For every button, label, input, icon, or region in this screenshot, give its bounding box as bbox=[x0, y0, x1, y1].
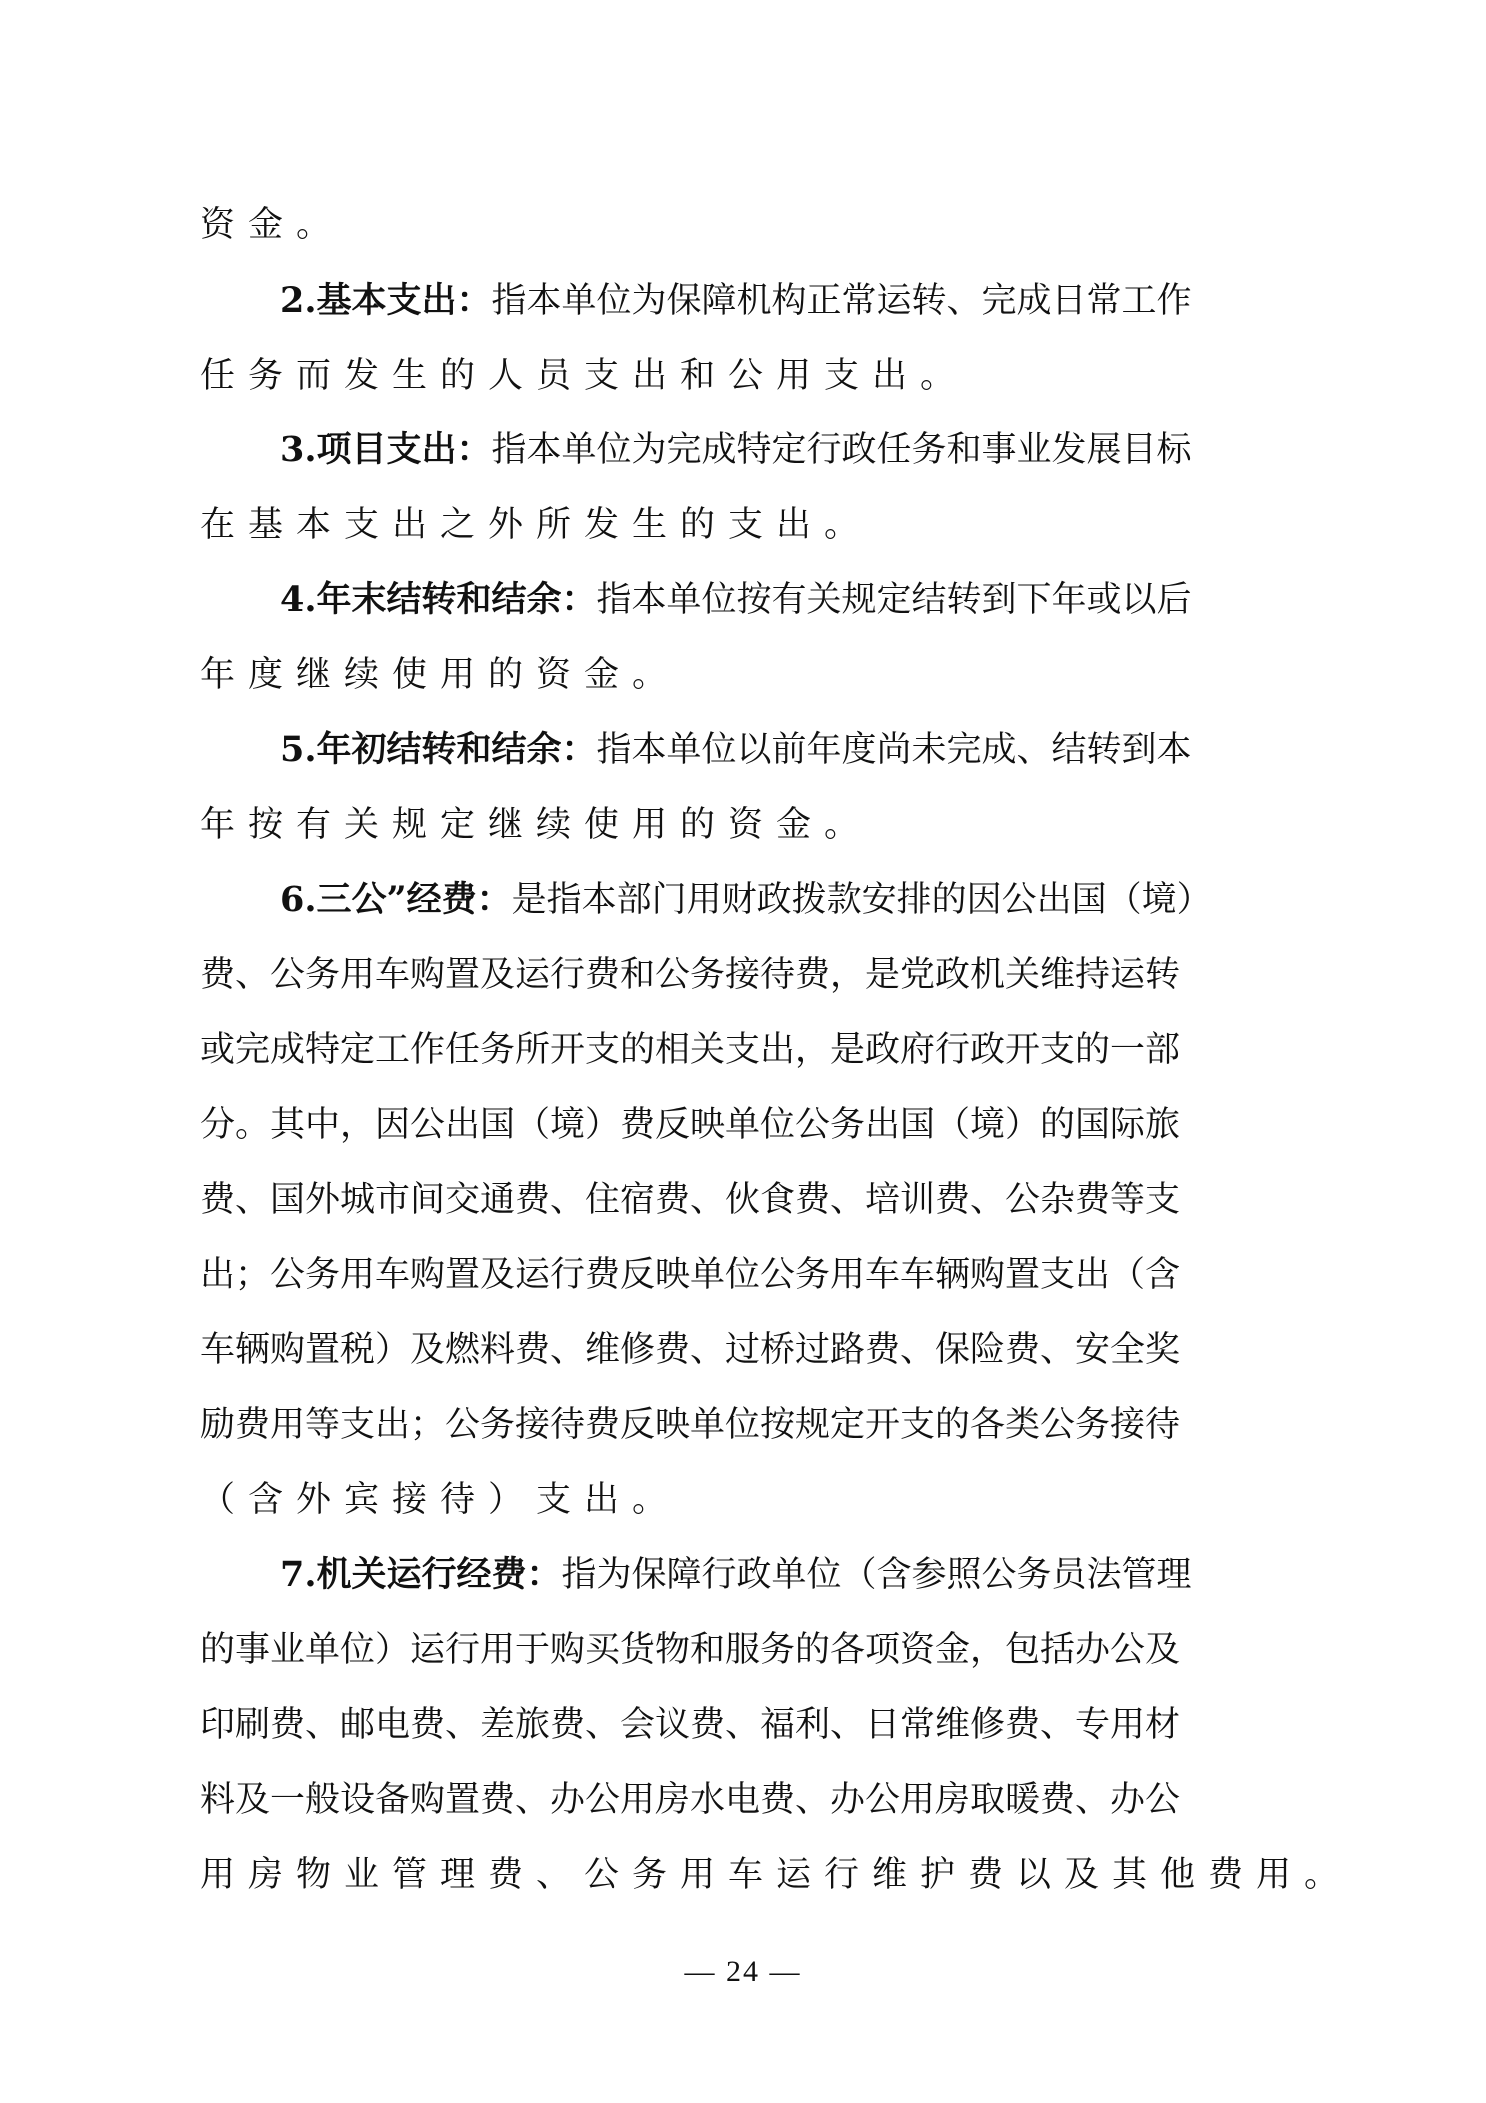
line-text: 指为保障行政单位（含参照公务员法管理 bbox=[562, 1555, 1192, 1595]
definition-term: 6.三公”经费： bbox=[280, 879, 512, 920]
paragraph-line: 费、国外城市间交通费、住宿费、伙食费、培训费、公杂费等支 bbox=[200, 1175, 1297, 1225]
line-text: 或完成特定工作任务所开支的相关支出，是政府行政开支的一部 bbox=[200, 1030, 1180, 1070]
line-text: 指本单位为完成特定行政任务和事业发展目标 bbox=[492, 430, 1192, 470]
line-text: 在基本支出之外所发生的支出。 bbox=[200, 505, 872, 545]
paragraph-line: 的事业单位）运行用于购买货物和服务的各项资金，包括办公及 bbox=[200, 1625, 1297, 1675]
paragraph-line: 年度继续使用的资金。 bbox=[200, 650, 1297, 700]
paragraph-line: （含外宾接待）支出。 bbox=[200, 1475, 1297, 1525]
definition-term: 3.项目支出： bbox=[280, 429, 492, 470]
definition-term: 5.年初结转和结余： bbox=[280, 729, 597, 770]
line-text: 出；公务用车购置及运行费反映单位公务用车车辆购置支出（含 bbox=[200, 1255, 1180, 1295]
paragraph-line: 资金。 bbox=[200, 200, 1297, 250]
definition-heading-line: 4.年末结转和结余：指本单位按有关规定结转到下年或以后 bbox=[280, 575, 1297, 625]
definition-heading-line: 6.三公”经费：是指本部门用财政拨款安排的因公出国（境） bbox=[280, 875, 1297, 925]
paragraph-line: 印刷费、邮电费、差旅费、会议费、福利、日常维修费、专用材 bbox=[200, 1700, 1297, 1750]
line-text: 费、国外城市间交通费、住宿费、伙食费、培训费、公杂费等支 bbox=[200, 1180, 1180, 1220]
paragraph-line: 用房物业管理费、公务用车运行维护费以及其他费用。 bbox=[200, 1850, 1297, 1900]
paragraph-line: 料及一般设备购置费、办公用房水电费、办公用房取暖费、办公 bbox=[200, 1775, 1297, 1825]
definition-heading-line: 2.基本支出：指本单位为保障机构正常运转、完成日常工作 bbox=[280, 276, 1297, 326]
line-text: 指本单位以前年度尚未完成、结转到本 bbox=[597, 730, 1192, 770]
line-text: 年按有关规定继续使用的资金。 bbox=[200, 805, 872, 845]
line-text: 费、公务用车购置及运行费和公务接待费，是党政机关维持运转 bbox=[200, 955, 1180, 995]
definition-heading-line: 7.机关运行经费：指为保障行政单位（含参照公务员法管理 bbox=[280, 1550, 1297, 1600]
paragraph-line: 车辆购置税）及燃料费、维修费、过桥过路费、保险费、安全奖 bbox=[200, 1325, 1297, 1375]
definition-heading-line: 3.项目支出：指本单位为完成特定行政任务和事业发展目标 bbox=[280, 425, 1297, 475]
line-text: 料及一般设备购置费、办公用房水电费、办公用房取暖费、办公 bbox=[200, 1780, 1180, 1820]
paragraph-line: 任务而发生的人员支出和公用支出。 bbox=[200, 351, 1297, 401]
document-page: 资金。2.基本支出：指本单位为保障机构正常运转、完成日常工作任务而发生的人员支出… bbox=[0, 0, 1486, 2103]
definition-term: 2.基本支出： bbox=[280, 280, 492, 321]
paragraph-line: 出；公务用车购置及运行费反映单位公务用车车辆购置支出（含 bbox=[200, 1250, 1297, 1300]
paragraph-line: 在基本支出之外所发生的支出。 bbox=[200, 500, 1297, 550]
line-text: 任务而发生的人员支出和公用支出。 bbox=[200, 356, 968, 396]
line-text: 的事业单位）运行用于购买货物和服务的各项资金，包括办公及 bbox=[200, 1630, 1180, 1670]
line-text: 车辆购置税）及燃料费、维修费、过桥过路费、保险费、安全奖 bbox=[200, 1330, 1180, 1370]
definition-heading-line: 5.年初结转和结余：指本单位以前年度尚未完成、结转到本 bbox=[280, 725, 1297, 775]
line-text: 年度继续使用的资金。 bbox=[200, 655, 680, 695]
definition-term: 7.机关运行经费： bbox=[280, 1554, 562, 1595]
paragraph-line: 费、公务用车购置及运行费和公务接待费，是党政机关维持运转 bbox=[200, 950, 1297, 1000]
paragraph-line: 年按有关规定继续使用的资金。 bbox=[200, 800, 1297, 850]
line-text: 分。其中，因公出国（境）费反映单位公务出国（境）的国际旅 bbox=[200, 1105, 1180, 1145]
paragraph-line: 分。其中，因公出国（境）费反映单位公务出国（境）的国际旅 bbox=[200, 1100, 1297, 1150]
line-text: 指本单位按有关规定结转到下年或以后 bbox=[597, 580, 1192, 620]
line-text: 是指本部门用财政拨款安排的因公出国（境） bbox=[512, 880, 1212, 920]
definition-term: 4.年末结转和结余： bbox=[280, 579, 597, 620]
line-text: 励费用等支出；公务接待费反映单位按规定开支的各类公务接待 bbox=[200, 1405, 1180, 1445]
line-text: 用房物业管理费、公务用车运行维护费以及其他费用。 bbox=[200, 1855, 1352, 1895]
page-number: — 24 — bbox=[0, 1955, 1486, 1989]
line-text: 印刷费、邮电费、差旅费、会议费、福利、日常维修费、专用材 bbox=[200, 1705, 1180, 1745]
line-text: 指本单位为保障机构正常运转、完成日常工作 bbox=[492, 281, 1192, 321]
line-text: （含外宾接待）支出。 bbox=[200, 1480, 680, 1520]
paragraph-line: 或完成特定工作任务所开支的相关支出，是政府行政开支的一部 bbox=[200, 1025, 1297, 1075]
line-text: 资金。 bbox=[200, 205, 344, 245]
paragraph-line: 励费用等支出；公务接待费反映单位按规定开支的各类公务接待 bbox=[200, 1400, 1297, 1450]
